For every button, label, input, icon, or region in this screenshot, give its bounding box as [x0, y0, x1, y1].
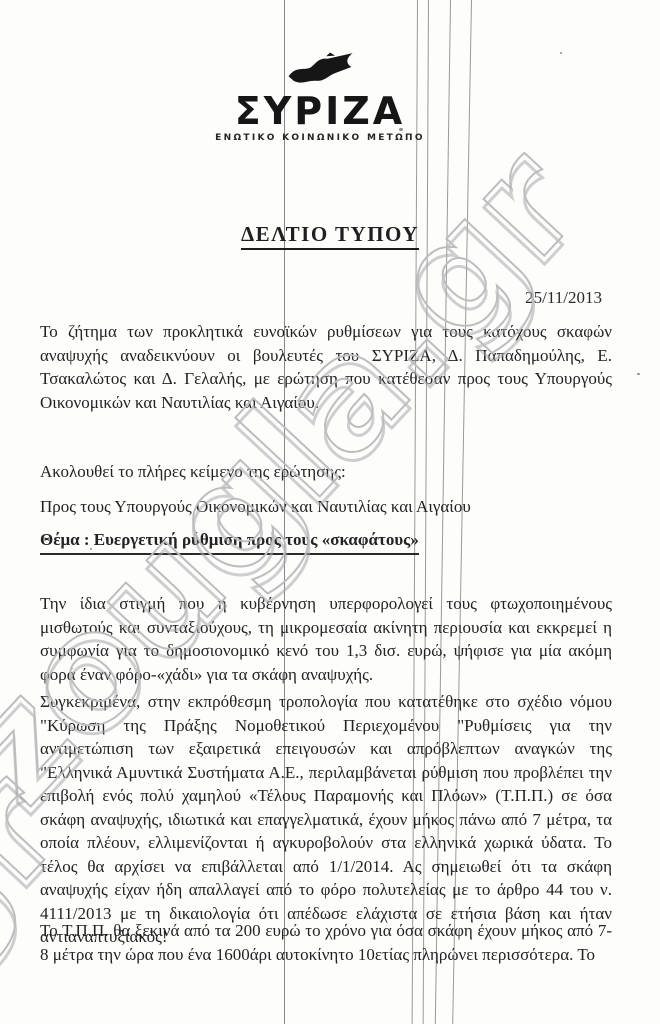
document-date: 25/11/2013 [525, 288, 602, 308]
party-name: ΣΥΡΙΖΑ [180, 92, 460, 130]
subject-line-text: Θέμα : Ευεργετική ρύθμιση προς τους «σκα… [40, 528, 419, 555]
recipients-line: Προς τους Υπουργούς Οικονομικών και Ναυτ… [40, 495, 612, 519]
press-release-heading-text: ΔΕΛΤΙΟ ΤΥΠΟΥ [241, 222, 419, 250]
full-text-follows-line: Ακολουθεί το πλήρες κείμενο της ερώτησης… [40, 460, 612, 484]
press-release-heading: ΔΕΛΤΙΟ ΤΥΠΟΥ [0, 222, 660, 250]
scanned-press-release-page: ΣΥΡΙΖΑ ΕΝΩΤΙΚΟ ΚΟΙΝΩΝΙΚΟ ΜΕΤΩΠΟ ΔΕΛΤΙΟ Τ… [0, 0, 660, 1024]
intro-paragraph: Το ζήτημα των προκλητικά ευνοϊκών ρυθμίσ… [40, 320, 612, 414]
party-subtitle: ΕΝΩΤΙΚΟ ΚΟΙΝΩΝΙΚΟ ΜΕΤΩΠΟ [180, 133, 460, 143]
amendment-paragraph: Συγκεκριμένα, στην εκπρόθεσμη τροπολογία… [40, 690, 612, 949]
subject-line: Θέμα : Ευεργετική ρύθμιση προς τους «σκα… [40, 528, 612, 555]
waving-flag-icon [281, 50, 359, 94]
party-logo: ΣΥΡΙΖΑ ΕΝΩΤΙΚΟ ΚΟΙΝΩΝΙΚΟ ΜΕΤΩΠΟ [180, 50, 460, 143]
scan-noise-speck [560, 52, 562, 54]
taxation-paragraph: Την ίδια στιγμή που η κυβέρνηση υπερφορο… [40, 592, 612, 686]
scan-noise-speck [637, 373, 640, 375]
fee-paragraph: Το Τ.Π.Π. θα ξεκινά από τα 200 ευρώ το χ… [40, 919, 612, 966]
